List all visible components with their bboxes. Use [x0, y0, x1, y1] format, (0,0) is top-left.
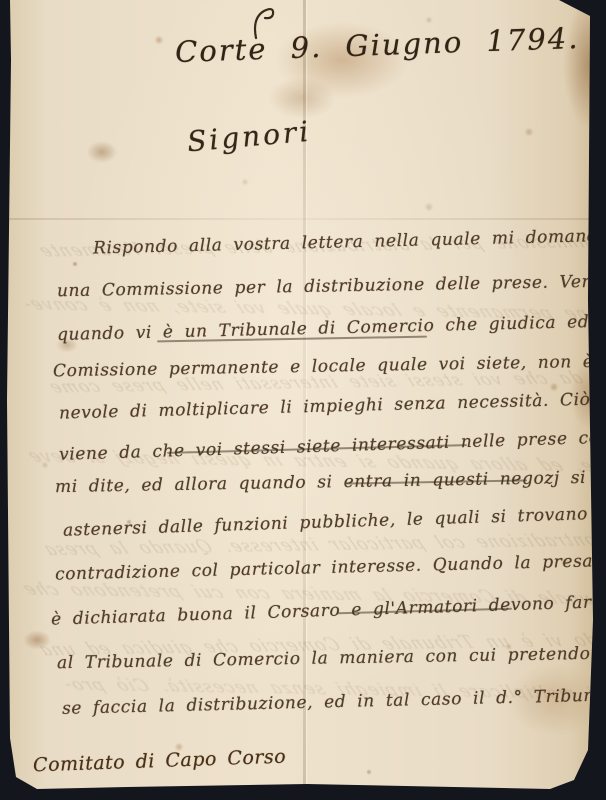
horizontal-fold-crease [7, 218, 593, 220]
dateline: Corte 9. Giugno 1794. [175, 21, 580, 69]
body-line-4: Comissione permanente e locale quale voi… [53, 351, 606, 382]
body-line-7: mi dite, ed allora quando si entra in qu… [55, 467, 606, 497]
foxing-spots [7, 0, 11, 4]
docket-note: Comitato di Capo Corso [33, 746, 287, 777]
body-line-11: al Tribunale di Comercio la maniera con … [57, 643, 606, 673]
salutation: Signori [186, 115, 313, 159]
body-line-9: contradizione col particolar interesse. … [55, 551, 594, 584]
body-line-1: Rispondo alla vostra lettera nella quale… [93, 225, 606, 258]
body-line-2: una Commissione per la distribuzione del… [57, 271, 606, 301]
body-line-6: viene da che voi stessi siete interessat… [59, 427, 606, 465]
body-line-10: è dichiarata buona il Corsaro e gl'Armat… [51, 590, 606, 629]
body-line-12: se faccia la distribuzione, ed in tal ca… [62, 685, 606, 719]
body-line-8: astenersi dalle funzioni pubbliche, le q… [63, 503, 606, 540]
body-line-3: quando vi è un Tribunale di Comercio che… [57, 311, 606, 345]
scanned-letter-page: una Commissione per la distribuzione del… [0, 0, 606, 800]
body-line-5: nevole di moltiplicare li impieghi senza… [59, 388, 606, 423]
letter-paper: una Commissione per la distribuzione del… [7, 0, 593, 789]
